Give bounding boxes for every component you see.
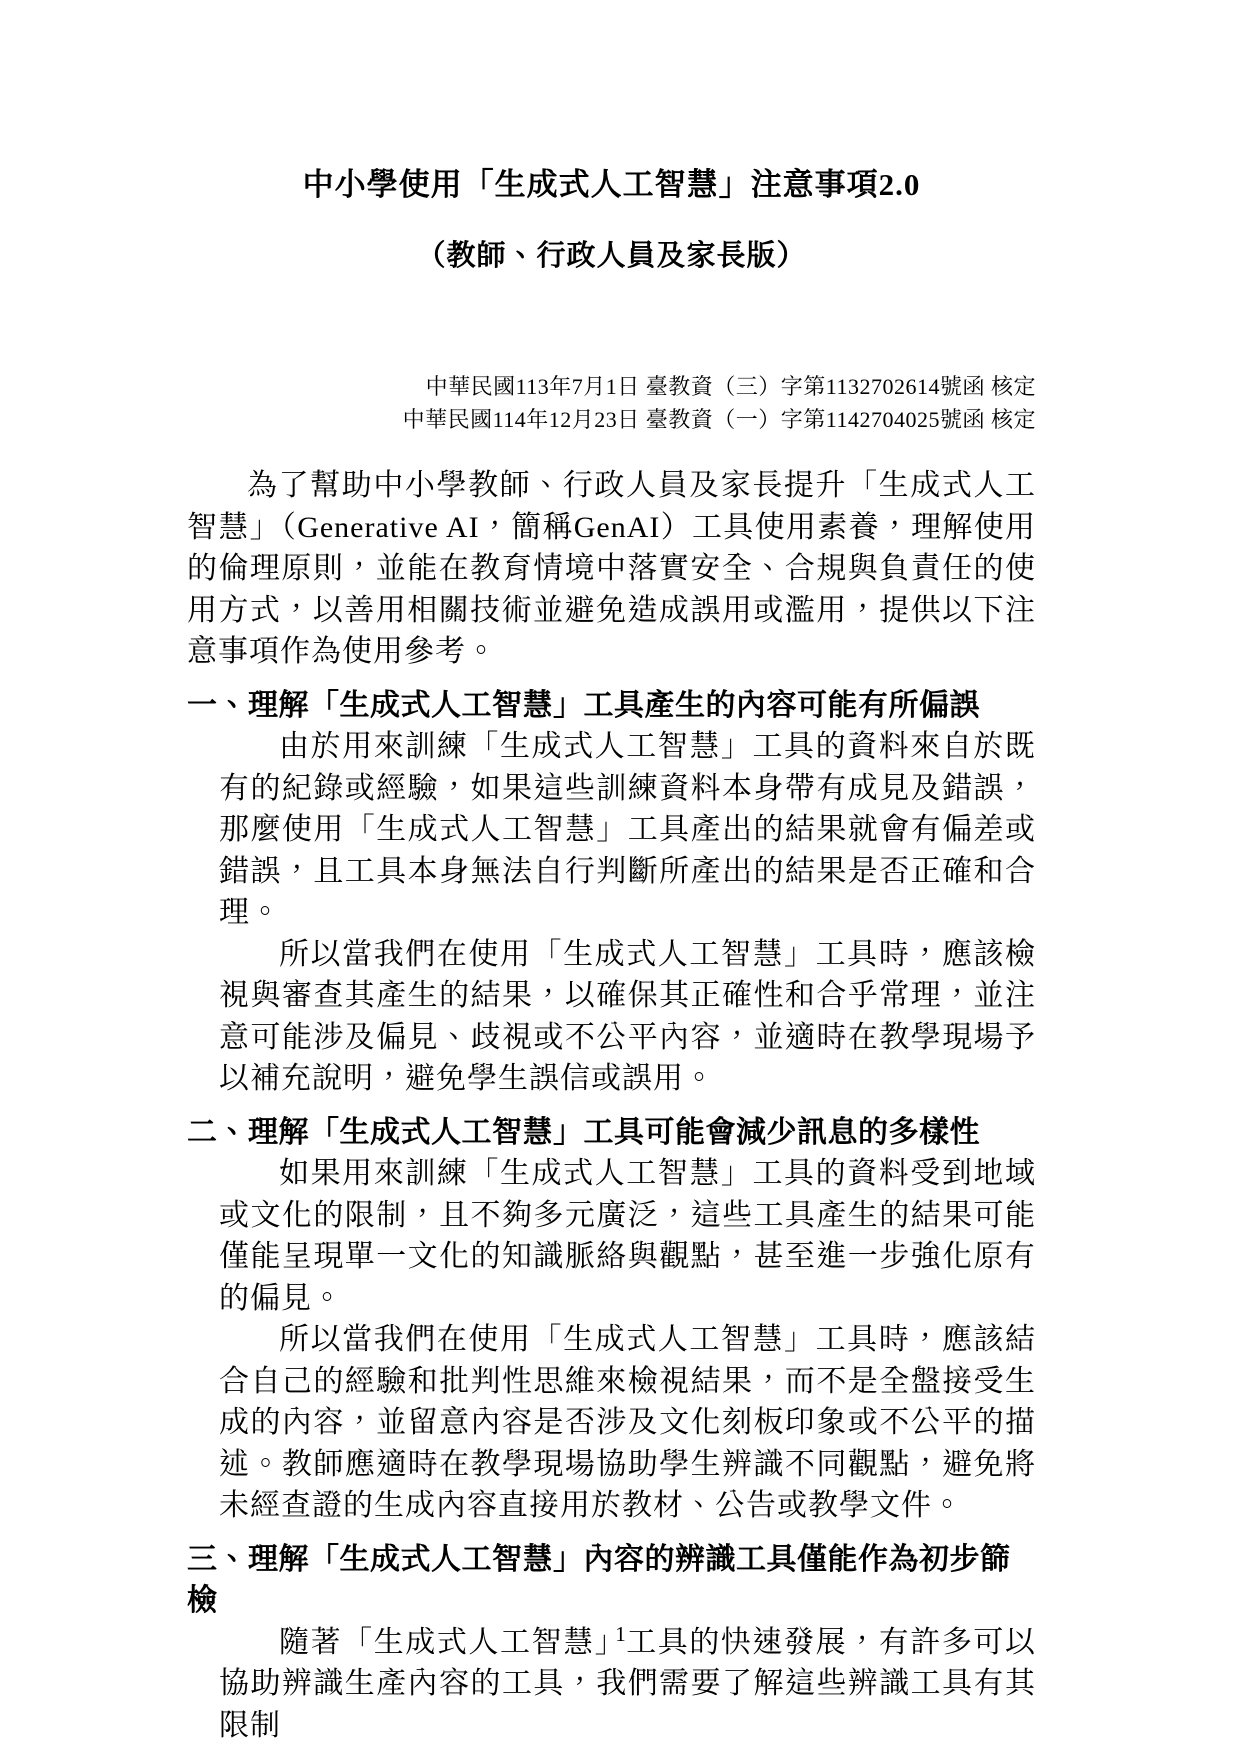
section-2-heading: 二、理解「生成式人工智慧」工具可能會減少訊息的多樣性 xyxy=(187,1112,1036,1154)
intro-paragraph: 為了幫助中小學教師、行政人員及家長提升「生成式人工智慧」（Generative … xyxy=(187,465,1036,673)
document-subtitle: （教師、行政人員及家長版） xyxy=(187,236,1036,276)
section-1-heading: 一、理解「生成式人工智慧」工具產生的內容可能有所偏誤 xyxy=(187,685,1036,727)
page-number: 1 xyxy=(0,1622,1241,1647)
approval-line-2: 中華民國114年12月23日 臺教資（一）字第1142704025號函 核定 xyxy=(187,403,1036,436)
section-1-paragraph-1: 由於用來訓練「生成式人工智慧」工具的資料來自於既有的紀錄或經驗，如果這些訓練資料… xyxy=(219,726,1036,934)
section-2-body: 如果用來訓練「生成式人工智慧」工具的資料受到地域或文化的限制，且不夠多元廣泛，這… xyxy=(219,1153,1036,1527)
document-page: 中小學使用「生成式人工智慧」注意事項2.0 （教師、行政人員及家長版） 中華民國… xyxy=(0,0,1241,1755)
approval-block: 中華民國113年7月1日 臺教資（三）字第1132702614號函 核定 中華民… xyxy=(187,370,1036,436)
section-2-paragraph-1: 如果用來訓練「生成式人工智慧」工具的資料受到地域或文化的限制，且不夠多元廣泛，這… xyxy=(219,1153,1036,1319)
section-1-body: 由於用來訓練「生成式人工智慧」工具的資料來自於既有的紀錄或經驗，如果這些訓練資料… xyxy=(219,726,1036,1100)
section-1-paragraph-2: 所以當我們在使用「生成式人工智慧」工具時，應該檢視與審查其產生的結果，以確保其正… xyxy=(219,934,1036,1100)
section-2-paragraph-2: 所以當我們在使用「生成式人工智慧」工具時，應該結合自己的經驗和批判性思維來檢視結… xyxy=(219,1319,1036,1527)
section-3-heading: 三、理解「生成式人工智慧」內容的辨識工具僅能作為初步篩檢 xyxy=(187,1539,1036,1622)
approval-line-1: 中華民國113年7月1日 臺教資（三）字第1132702614號函 核定 xyxy=(187,370,1036,403)
page-title: 中小學使用「生成式人工智慧」注意事項2.0 xyxy=(187,163,1036,207)
